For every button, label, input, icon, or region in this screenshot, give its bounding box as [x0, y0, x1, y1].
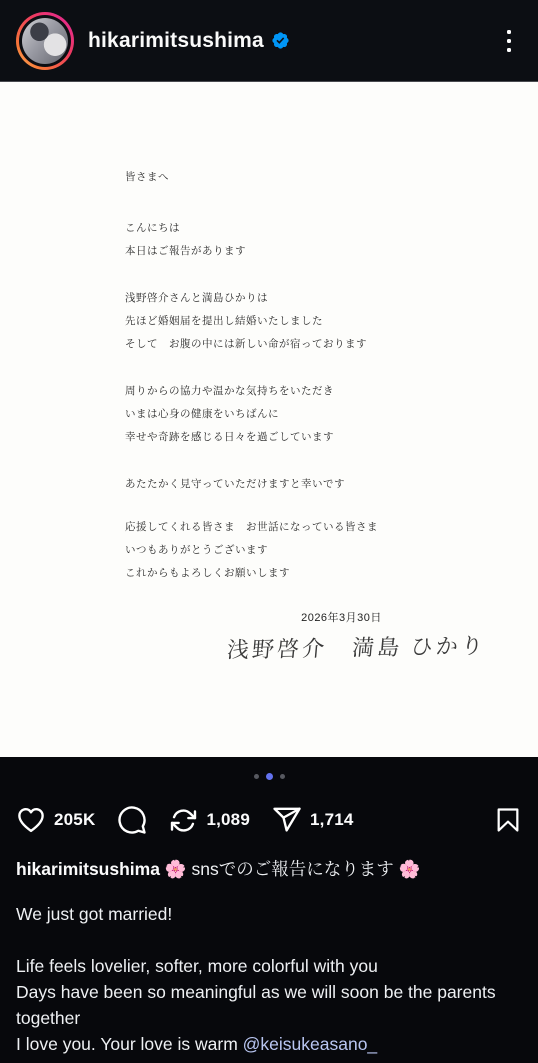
comment-icon — [117, 805, 147, 835]
letter-signature: 浅野啓介 満島 ひかり — [123, 629, 509, 667]
avatar[interactable] — [22, 18, 68, 64]
carousel-dot[interactable] — [280, 774, 285, 779]
like-count: 205K — [54, 810, 95, 830]
verified-badge-icon — [271, 31, 290, 50]
story-ring[interactable] — [16, 12, 74, 70]
letter-date: 2026年3月30日 — [125, 609, 508, 625]
post-header: hikarimitsushima — [0, 0, 538, 82]
comment-button[interactable] — [117, 805, 147, 835]
repost-button[interactable]: 1,089 — [169, 806, 250, 835]
caption-blank-line — [16, 927, 522, 953]
action-bar: 205K 1,089 1,714 — [0, 795, 538, 845]
send-icon — [272, 805, 302, 835]
letter-paragraph: こんにちは 本日はご報告があります — [125, 217, 508, 263]
share-count: 1,714 — [310, 810, 354, 830]
repost-icon — [169, 806, 198, 835]
caption-line: Life feels lovelier, softer, more colorf… — [16, 953, 522, 979]
carousel-dot-active[interactable] — [266, 773, 273, 780]
letter-paragraph: 周りからの協力や温かな気持ちをいただき いまは心身の健康をいちばんに 幸せや奇跡… — [125, 380, 508, 449]
caption-line: We just got married! — [16, 901, 522, 927]
like-button[interactable]: 205K — [16, 805, 95, 835]
letter-paragraph: 応援してくれる皆さま お世話になっている皆さま いつもありがとうございます これ… — [125, 516, 508, 585]
bookmark-icon — [494, 806, 522, 834]
caption-headline: 🌸 snsでのご報告になります 🌸 — [165, 859, 421, 879]
caption-header: hikarimitsushima 🌸 snsでのご報告になります 🌸 — [16, 855, 522, 883]
repost-count: 1,089 — [206, 810, 250, 830]
header-username[interactable]: hikarimitsushima — [88, 29, 264, 53]
carousel-dot[interactable] — [254, 774, 259, 779]
save-button[interactable] — [494, 806, 522, 834]
carousel-indicator — [0, 757, 538, 795]
caption-username[interactable]: hikarimitsushima — [16, 859, 160, 879]
mention-link[interactable]: @keisukeasano_ — [243, 1034, 378, 1054]
letter-paragraph: あたたかく見守っていただけますと幸いです — [125, 473, 508, 496]
caption-line: Days have been so meaningful as we will … — [16, 979, 522, 1031]
share-button[interactable]: 1,714 — [272, 805, 354, 835]
more-options-icon[interactable] — [494, 24, 524, 58]
post-media-letter[interactable]: 皆さまへ こんにちは 本日はご報告があります 浅野啓介さんと満島ひかりは 先ほど… — [0, 82, 538, 757]
heart-icon — [16, 805, 46, 835]
letter-paragraph: 皆さまへ — [125, 166, 508, 189]
caption-line: I love you. Your love is warm @keisukeas… — [16, 1031, 522, 1057]
caption: hikarimitsushima 🌸 snsでのご報告になります 🌸 We ju… — [0, 845, 538, 1057]
letter-paragraph: 浅野啓介さんと満島ひかりは 先ほど婚姻届を提出し結婚いたしました そして お腹の… — [125, 287, 508, 356]
